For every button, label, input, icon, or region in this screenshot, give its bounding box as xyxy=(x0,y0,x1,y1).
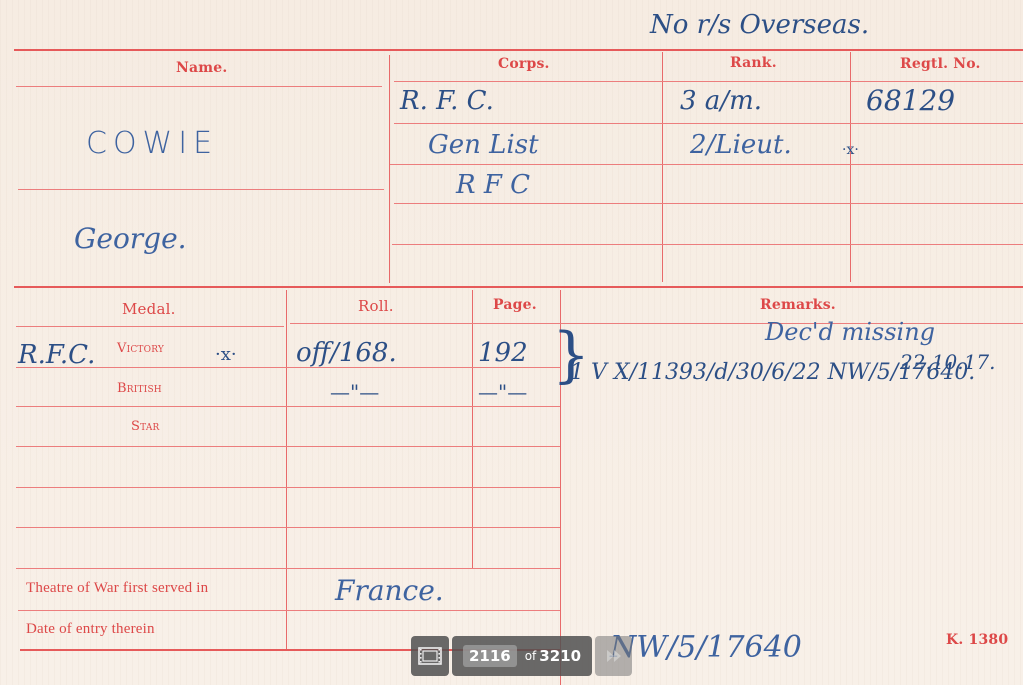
card-top-rule xyxy=(14,49,1023,51)
rule xyxy=(16,86,382,87)
rule xyxy=(392,244,1023,245)
rank-entry-1: 3 a/m. xyxy=(680,86,762,116)
remarks-status: Dec'd missing xyxy=(765,318,935,346)
victory-mark: ·x· xyxy=(215,344,237,365)
rule xyxy=(390,164,1023,165)
of-label: of xyxy=(525,649,537,663)
regtl-no-label: Regtl. No. xyxy=(900,56,981,72)
divider xyxy=(662,52,663,282)
star-label: Star xyxy=(131,419,160,434)
corps-label: Corps. xyxy=(498,56,550,72)
page-victory: 192 xyxy=(478,338,528,368)
divider xyxy=(389,55,390,283)
rule xyxy=(16,527,560,528)
medal-index-card: No r/s Overseas. Name. Corps. Rank. Regt… xyxy=(0,0,1023,685)
filmstrip-button[interactable] xyxy=(411,636,449,676)
image-viewer-controls: 2116 of 3210 xyxy=(411,636,632,676)
rule xyxy=(16,446,560,447)
rule xyxy=(16,326,284,327)
theatre-label: Theatre of War first served in xyxy=(26,580,208,597)
rule xyxy=(394,123,1023,124)
remarks-date: 22.10.17. xyxy=(900,350,995,374)
name-label: Name. xyxy=(176,60,227,76)
corps-entry-3: R F C xyxy=(456,170,530,200)
theatre-value: France. xyxy=(335,574,444,607)
current-page-input[interactable]: 2116 xyxy=(463,645,517,667)
page-british: —"— xyxy=(478,380,527,404)
rule xyxy=(16,487,560,488)
divider xyxy=(850,52,851,282)
form-code: K. 1380 xyxy=(946,632,1008,648)
date-entry-label: Date of entry therein xyxy=(26,621,155,638)
page-label: Page. xyxy=(493,297,537,313)
rule xyxy=(394,81,1023,82)
next-button[interactable] xyxy=(595,636,632,676)
rule xyxy=(18,610,560,611)
surname: COWIE xyxy=(86,126,218,161)
roll-victory: off/168. xyxy=(296,338,397,368)
medal-unit: R.F.C. xyxy=(18,340,95,370)
roll-british: —"— xyxy=(330,380,379,404)
card-middle-rule xyxy=(14,286,1023,288)
forename: George. xyxy=(74,222,187,255)
rule xyxy=(18,189,384,190)
medal-label: Medal. xyxy=(122,300,176,318)
rank-entry-2: 2/Lieut. xyxy=(690,130,792,160)
rule xyxy=(16,406,560,407)
header-note: No r/s Overseas. xyxy=(650,10,869,40)
rule xyxy=(394,203,1023,204)
rank-mark: ·x· xyxy=(842,142,859,158)
page-counter: 2116 of 3210 xyxy=(452,636,592,676)
next-icon xyxy=(604,647,624,665)
corps-entry-2: Gen List xyxy=(428,130,539,160)
rank-label: Rank. xyxy=(730,55,777,71)
roll-label: Roll. xyxy=(358,297,394,315)
corps-entry-1: R. F. C. xyxy=(400,86,494,116)
british-label: British xyxy=(117,381,162,396)
total-pages: 3210 xyxy=(539,647,581,665)
filmstrip-icon xyxy=(418,647,442,665)
remarks-label: Remarks. xyxy=(760,297,836,313)
victory-label: Victory xyxy=(117,341,164,356)
footer-reference: NW/5/17640 xyxy=(610,630,802,665)
regtl-no-entry: 68129 xyxy=(866,84,955,117)
divider xyxy=(286,290,287,650)
rule xyxy=(16,568,560,569)
